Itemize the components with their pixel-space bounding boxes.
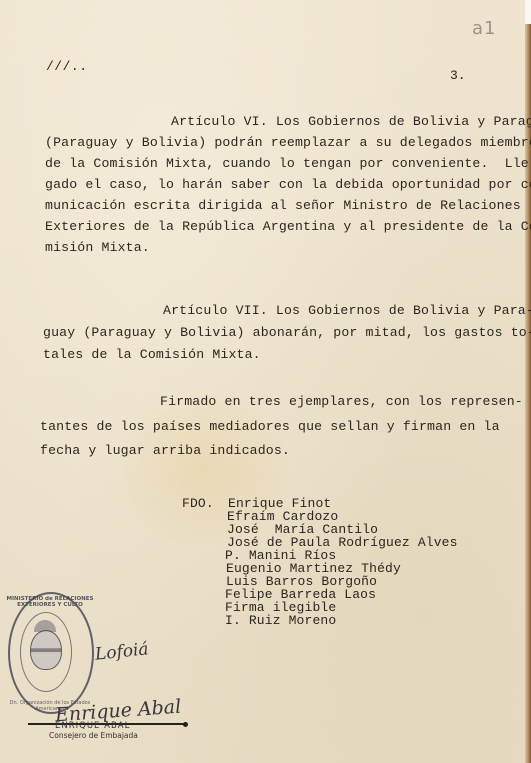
text-line: municación escrita dirigida al señor Min…: [45, 198, 521, 213]
coat-of-arms-icon: [30, 630, 62, 670]
stamp-top-text: MINISTERIO de RELACIONES EXTERIORES Y CU…: [4, 596, 96, 608]
text-line: fecha y lugar arriba indicados.: [40, 443, 290, 458]
text-line: tales de la Comisión Mixta.: [43, 347, 261, 362]
text-line: tantes de los países mediadores que sell…: [40, 419, 500, 434]
text-line: Artículo VII. Los Gobiernos de Bolivia y…: [163, 303, 531, 318]
text-line: Exteriores de la República Argentina y a…: [45, 219, 531, 234]
folio-number: a1: [472, 18, 496, 39]
signatory-name: I. Ruiz Moreno: [225, 614, 336, 627]
signed-label: FDO.: [182, 497, 214, 510]
text-line: Artículo VI. Los Gobiernos de Bolivia y …: [171, 114, 531, 129]
page-number: 3.: [450, 68, 466, 83]
text-line: misión Mixta.: [45, 240, 150, 255]
text-line: Firmado en tres ejemplares, con los repr…: [160, 394, 523, 409]
handwritten-initials: Lofoiá: [94, 639, 149, 664]
text-line: (Paraguay y Bolivia) podrán reemplazar a…: [45, 135, 531, 150]
text-line: guay (Paraguay y Bolivia) abonarán, por …: [43, 325, 531, 340]
page-edge-top: [525, 0, 531, 24]
continuation-mark: ///..: [46, 59, 88, 74]
document-page: a1 ///.. 3. Artículo VI. Los Gobiernos d…: [0, 0, 531, 763]
signer-title: Consejero de Embajada: [49, 731, 138, 740]
text-line: gado el caso, lo harán saber con la debi…: [45, 177, 531, 192]
text-line: de la Comisión Mixta, cuando lo tengan p…: [45, 156, 531, 171]
signer-name: ENRIQUE ABAL: [55, 721, 130, 731]
